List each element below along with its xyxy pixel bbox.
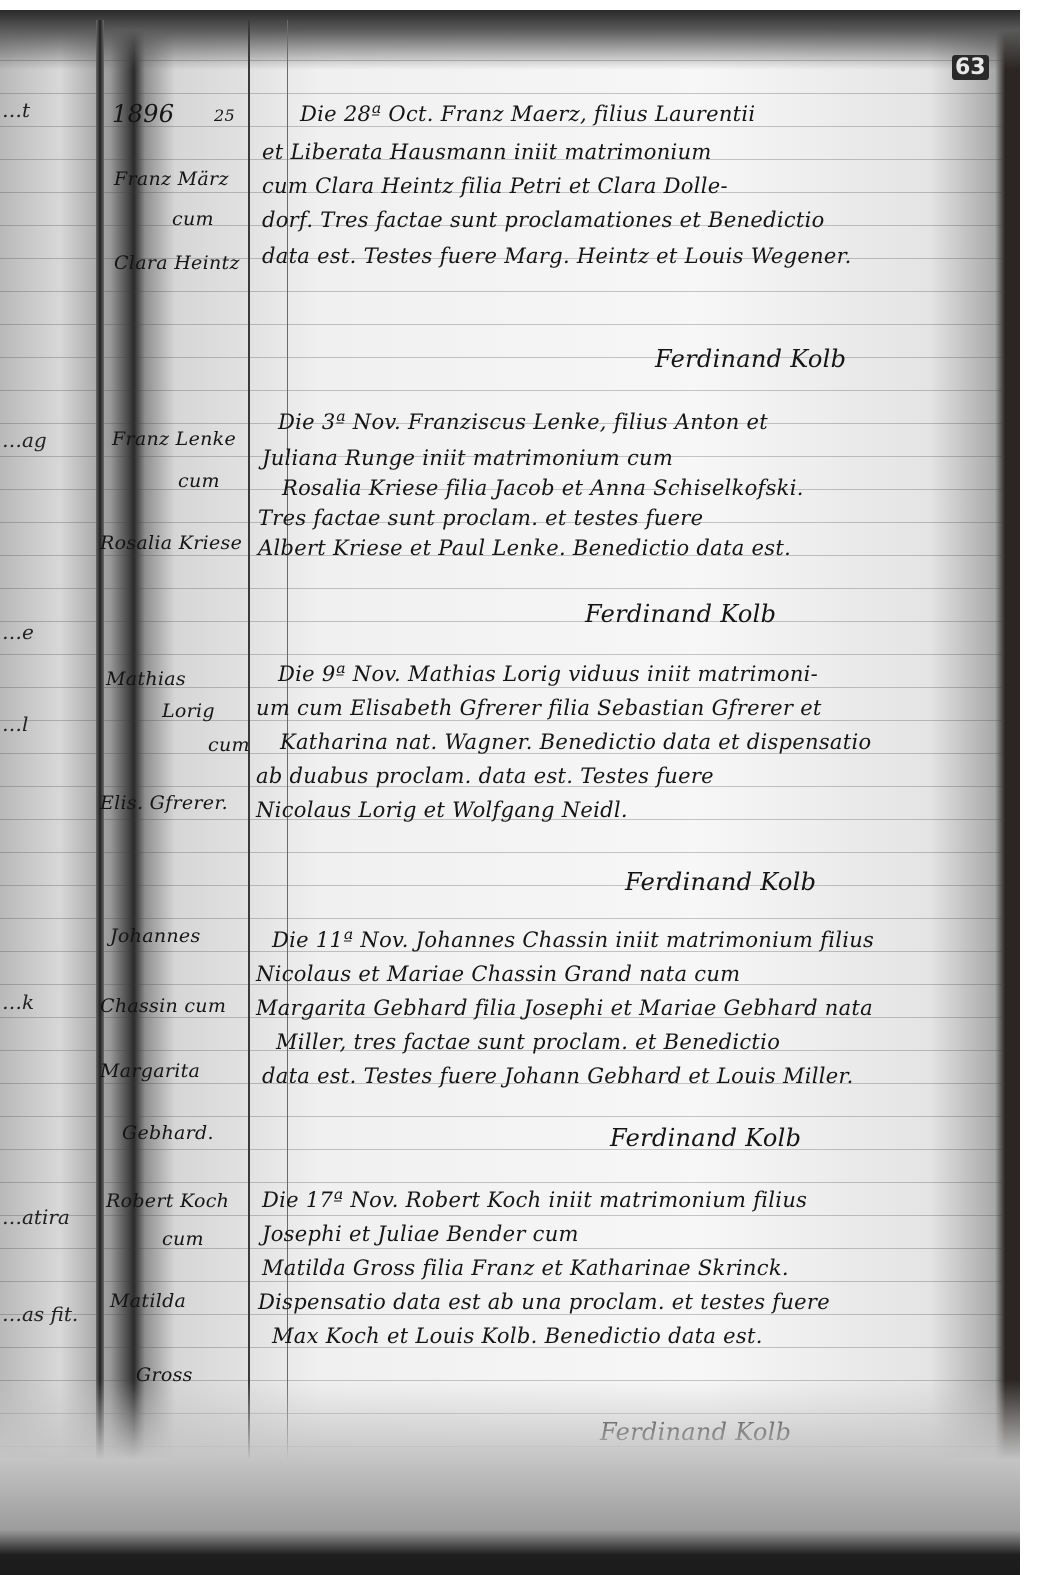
margin-bride: Matilda <box>110 1290 186 1312</box>
priest-signature: Ferdinand Kolb <box>585 600 776 628</box>
entry-line: Albert Kriese et Paul Lenke. Benedictio … <box>258 536 791 560</box>
entry-line: Die 28ª Oct. Franz Maerz, filius Laurent… <box>300 102 755 126</box>
entry-line: data est. Testes fuere Johann Gebhard et… <box>262 1064 854 1088</box>
entry-line: et Liberata Hausmann iniit matrimonium <box>262 140 712 164</box>
margin-groom: Franz Lenke <box>112 428 236 450</box>
entry-line: Dispensatio data est ab una proclam. et … <box>258 1290 830 1314</box>
entry-line: Die 11ª Nov. Johannes Chassin iniit matr… <box>272 928 874 952</box>
left-page-fragment: …as fit. <box>2 1302 78 1326</box>
left-page-fragment: …t <box>2 98 30 122</box>
priest-signature: Ferdinand Kolb <box>625 868 816 896</box>
margin-groom-surname: Chassin cum <box>100 995 226 1017</box>
entry-line: Nicolaus Lorig et Wolfgang Neidl. <box>256 798 628 822</box>
left-page-fragment: …e <box>2 620 34 644</box>
margin-groom-surname: Lorig <box>162 700 215 722</box>
margin-cum: cum <box>172 208 214 230</box>
margin-groom: Franz März <box>114 168 229 190</box>
entry-line: Juliana Runge iniit matrimonium cum <box>262 446 673 470</box>
entry-line: cum Clara Heintz filia Petri et Clara Do… <box>262 174 728 198</box>
left-page-fragment: …atira <box>2 1205 70 1229</box>
entry-line: Katharina nat. Wagner. Benedictio data e… <box>280 730 871 754</box>
margin-cum: cum <box>208 734 250 756</box>
margin-groom: Johannes <box>110 925 201 947</box>
page-number: 63 <box>952 55 989 80</box>
margin-bride-surname: Gebhard. <box>122 1122 214 1144</box>
entry-number: 25 <box>214 106 235 125</box>
top-edge-shadow <box>0 10 1020 70</box>
entry-line: Die 17ª Nov. Robert Koch iniit matrimoni… <box>262 1188 807 1212</box>
entry-line: Nicolaus et Mariae Chassin Grand nata cu… <box>256 962 740 986</box>
bottom-edge-shadow <box>0 1380 1020 1575</box>
margin-bride: Clara Heintz <box>114 252 240 274</box>
entry-line: Tres factae sunt proclam. et testes fuer… <box>258 506 703 530</box>
entry-line: Max Koch et Louis Kolb. Benedictio data … <box>272 1324 763 1348</box>
entry-line: Die 9ª Nov. Mathias Lorig viduus iniit m… <box>278 662 818 686</box>
margin-bride: Margarita <box>100 1060 200 1082</box>
priest-signature: Ferdinand Kolb <box>655 345 846 373</box>
entry-line: um cum Elisabeth Gfrerer filia Sebastian… <box>256 696 822 720</box>
margin-groom: Robert Koch <box>106 1190 229 1212</box>
entry-line: Matilda Gross filia Franz et Katharinae … <box>262 1256 789 1280</box>
left-page-fragment: …k <box>2 990 34 1014</box>
entry-line: Josephi et Juliae Bender cum <box>262 1222 579 1246</box>
entry-line: Margarita Gebhard filia Josephi et Maria… <box>256 996 873 1020</box>
margin-column-divider <box>248 20 250 1575</box>
margin-bride: Elis. Gfrerer. <box>100 792 228 814</box>
left-page-fragment: …l <box>2 712 28 736</box>
margin-cum: cum <box>162 1228 204 1250</box>
left-page-fragment: …ag <box>2 428 47 452</box>
entry-line: data est. Testes fuere Marg. Heintz et L… <box>262 244 852 268</box>
entry-line: Die 3ª Nov. Franziscus Lenke, filius Ant… <box>278 410 768 434</box>
priest-signature: Ferdinand Kolb <box>610 1124 801 1152</box>
entry-line: ab duabus proclam. data est. Testes fuer… <box>256 764 714 788</box>
margin-cum: cum <box>178 470 220 492</box>
margin-bride: Rosalia Kriese <box>100 532 242 554</box>
register-year: 1896 <box>112 100 174 128</box>
margin-groom: Mathias <box>106 668 186 690</box>
entry-line: dorf. Tres factae sunt proclamationes et… <box>262 208 825 232</box>
entry-line: Rosalia Kriese filia Jacob et Anna Schis… <box>282 476 804 500</box>
entry-line: Miller, tres factae sunt proclam. et Ben… <box>276 1030 780 1054</box>
